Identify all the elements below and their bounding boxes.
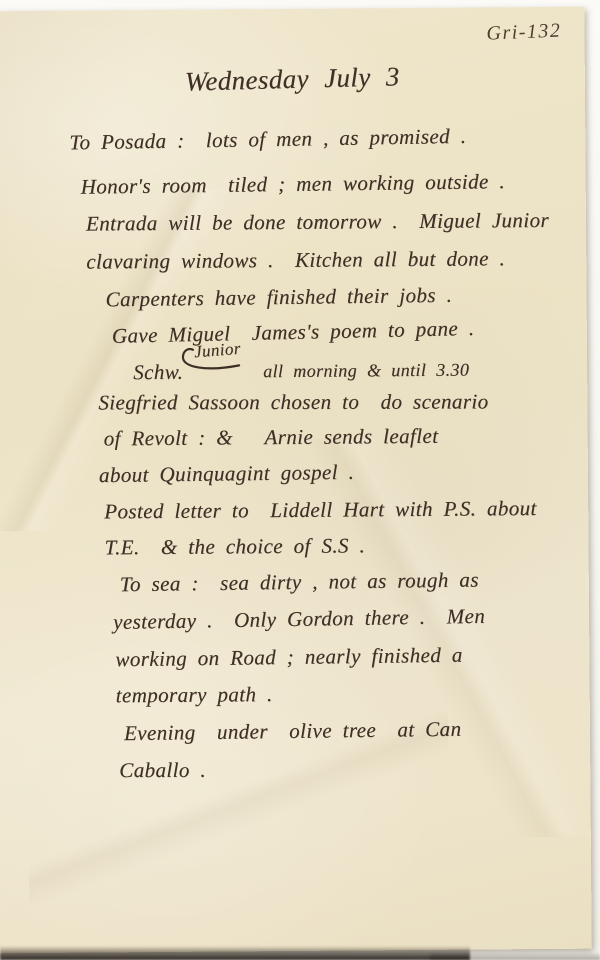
- entry-date-heading: Wednesday July 3: [184, 61, 400, 97]
- photographed-diary-page: Gri-132 Wednesday July 3 To Posada : lot…: [0, 0, 600, 960]
- diary-line: To sea : sea dirty , not as rough as: [120, 568, 479, 598]
- paper-bottom-shadow: [430, 952, 600, 960]
- diary-line: temporary path .: [116, 682, 273, 708]
- paper-bottom-shadow: [0, 946, 470, 960]
- diary-line: yesterday . Only Gordon there . Men: [113, 604, 485, 635]
- diary-line: Entrada will be done tomorrow . Miguel J…: [86, 208, 549, 237]
- diary-line: Carpenters have finished their jobs .: [105, 283, 452, 313]
- diary-line: all morning & until 3.30: [263, 360, 469, 383]
- diary-line: Gave Miguel James's poem to pane .: [112, 316, 475, 349]
- diary-line: clavaring windows . Kitchen all but done…: [86, 246, 505, 274]
- diary-line: of Revolt : & Arnie sends leaflet: [104, 424, 439, 452]
- diary-line: Honor's room tiled ; men working outside…: [81, 169, 506, 200]
- insertion-caret-icon: [177, 345, 241, 377]
- archive-code: Gri-132: [486, 20, 562, 46]
- diary-line: Schw.: [133, 360, 183, 385]
- diary-paper-sheet: Gri-132 Wednesday July 3 To Posada : lot…: [0, 7, 592, 954]
- diary-line: To Posada : lots of men , as promised .: [69, 124, 466, 156]
- diary-line: working on Road ; nearly finished a: [115, 643, 463, 673]
- diary-line: Caballo .: [119, 758, 206, 783]
- diary-line: Posted letter to Liddell Hart with P.S. …: [104, 496, 537, 524]
- diary-line: Siegfried Sassoon chosen to do scenario: [98, 389, 488, 415]
- diary-line: about Quinquagint gospel .: [99, 460, 355, 488]
- diary-line: T.E. & the choice of S.S .: [104, 533, 365, 560]
- diary-line: Evening under olive tree at Can: [124, 717, 462, 746]
